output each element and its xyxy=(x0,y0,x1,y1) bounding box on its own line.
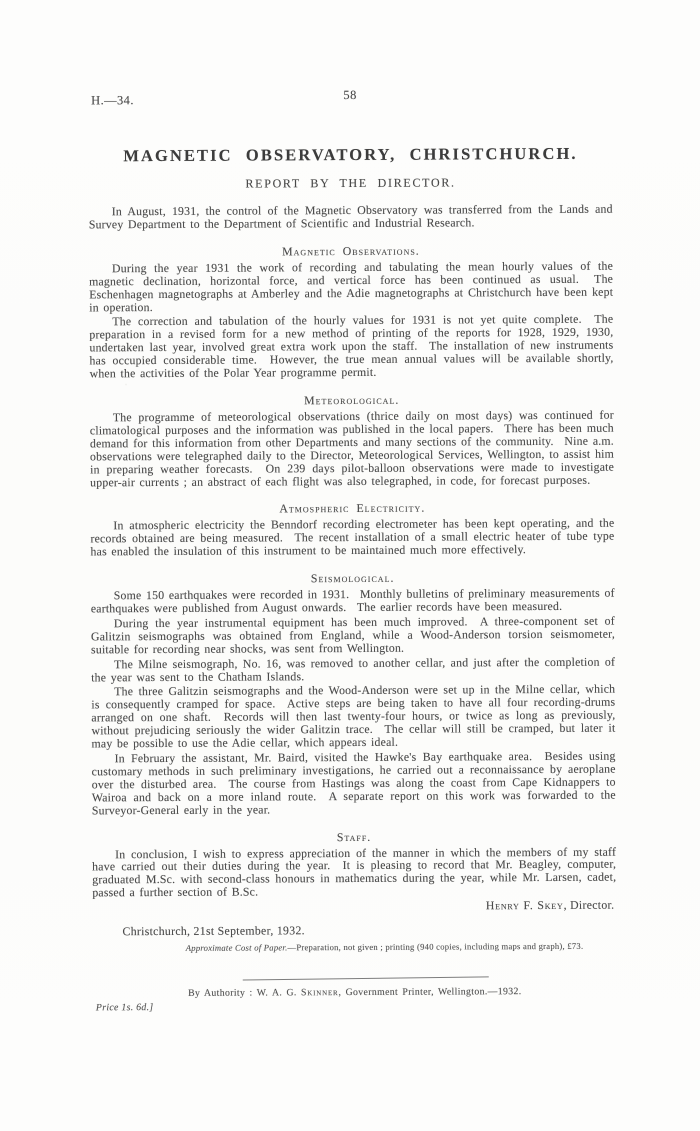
section-heading-meteorological: Meteorological. xyxy=(90,392,614,410)
document-page: H.—34. 58 MAGNETIC OBSERVATORY, CHRISTCH… xyxy=(0,0,700,1131)
paragraph-seismological-2: During the year instrumental equipment h… xyxy=(91,615,615,656)
price-note: Price 1s. 6d.] xyxy=(96,1002,154,1013)
cost-of-paper-note: Approximate Cost of Paper.—Preparation, … xyxy=(123,940,647,953)
paragraph-seismological-5: In February the assistant, Mr. Baird, vi… xyxy=(92,750,616,817)
authority-suffix: , Government Printer, Wellington.—1932. xyxy=(338,986,521,998)
dateline: Christchurch, 21st September, 1932. xyxy=(122,922,616,940)
report-subtitle: REPORT BY THE DIRECTOR. xyxy=(89,175,613,193)
paragraph-seismological-1: Some 150 earthquakes were recorded in 19… xyxy=(91,587,615,616)
paragraph-staff-1: In conclusion, I wish to express appreci… xyxy=(92,845,616,899)
page-title: MAGNETIC OBSERVATORY, CHRISTCHURCH. xyxy=(88,144,612,167)
signature-name: Henry F. Skey xyxy=(486,898,564,912)
paragraph-magnetic-2: The correction and tabulation of the hou… xyxy=(89,313,613,380)
section-heading-atmospheric-electricity: Atmospheric Electricity. xyxy=(90,500,614,518)
page-number: 58 xyxy=(88,87,612,105)
printer-name: Skinner xyxy=(301,987,339,998)
section-heading-seismological: Seismological. xyxy=(91,570,615,588)
footer-divider xyxy=(243,976,489,980)
signature-role: , Director. xyxy=(564,898,615,912)
section-heading-staff: Staff. xyxy=(92,828,616,846)
cost-of-paper-text: —Preparation, not given ; printing (940 … xyxy=(287,941,583,953)
cost-of-paper-label: Approximate Cost of Paper. xyxy=(186,942,288,953)
running-head: H.—34. 58 xyxy=(88,90,612,109)
paragraph-seismological-4: The three Galitzin seismographs and the … xyxy=(91,683,615,750)
intro-paragraph: In August, 1931, the control of the Magn… xyxy=(89,203,613,232)
page-content: H.—34. 58 MAGNETIC OBSERVATORY, CHRISTCH… xyxy=(88,0,618,1131)
section-heading-magnetic-observations: Magnetic Observations. xyxy=(89,242,613,260)
signature-line: Henry F. Skey, Director. xyxy=(92,898,616,916)
paragraph-seismological-3: The Milne seismograph, No. 16, was remov… xyxy=(91,655,615,684)
authority-prefix: By Authority : W. A. G. xyxy=(188,987,301,999)
paragraph-magnetic-1: During the year 1931 the work of recordi… xyxy=(89,259,613,313)
paragraph-atmospheric-1: In atmospheric electricity the Benndorf … xyxy=(90,517,614,558)
authority-imprint: By Authority : W. A. G. Skinner, Governm… xyxy=(93,986,617,1000)
paragraph-meteorological-1: The programme of meteorological observat… xyxy=(90,409,614,489)
